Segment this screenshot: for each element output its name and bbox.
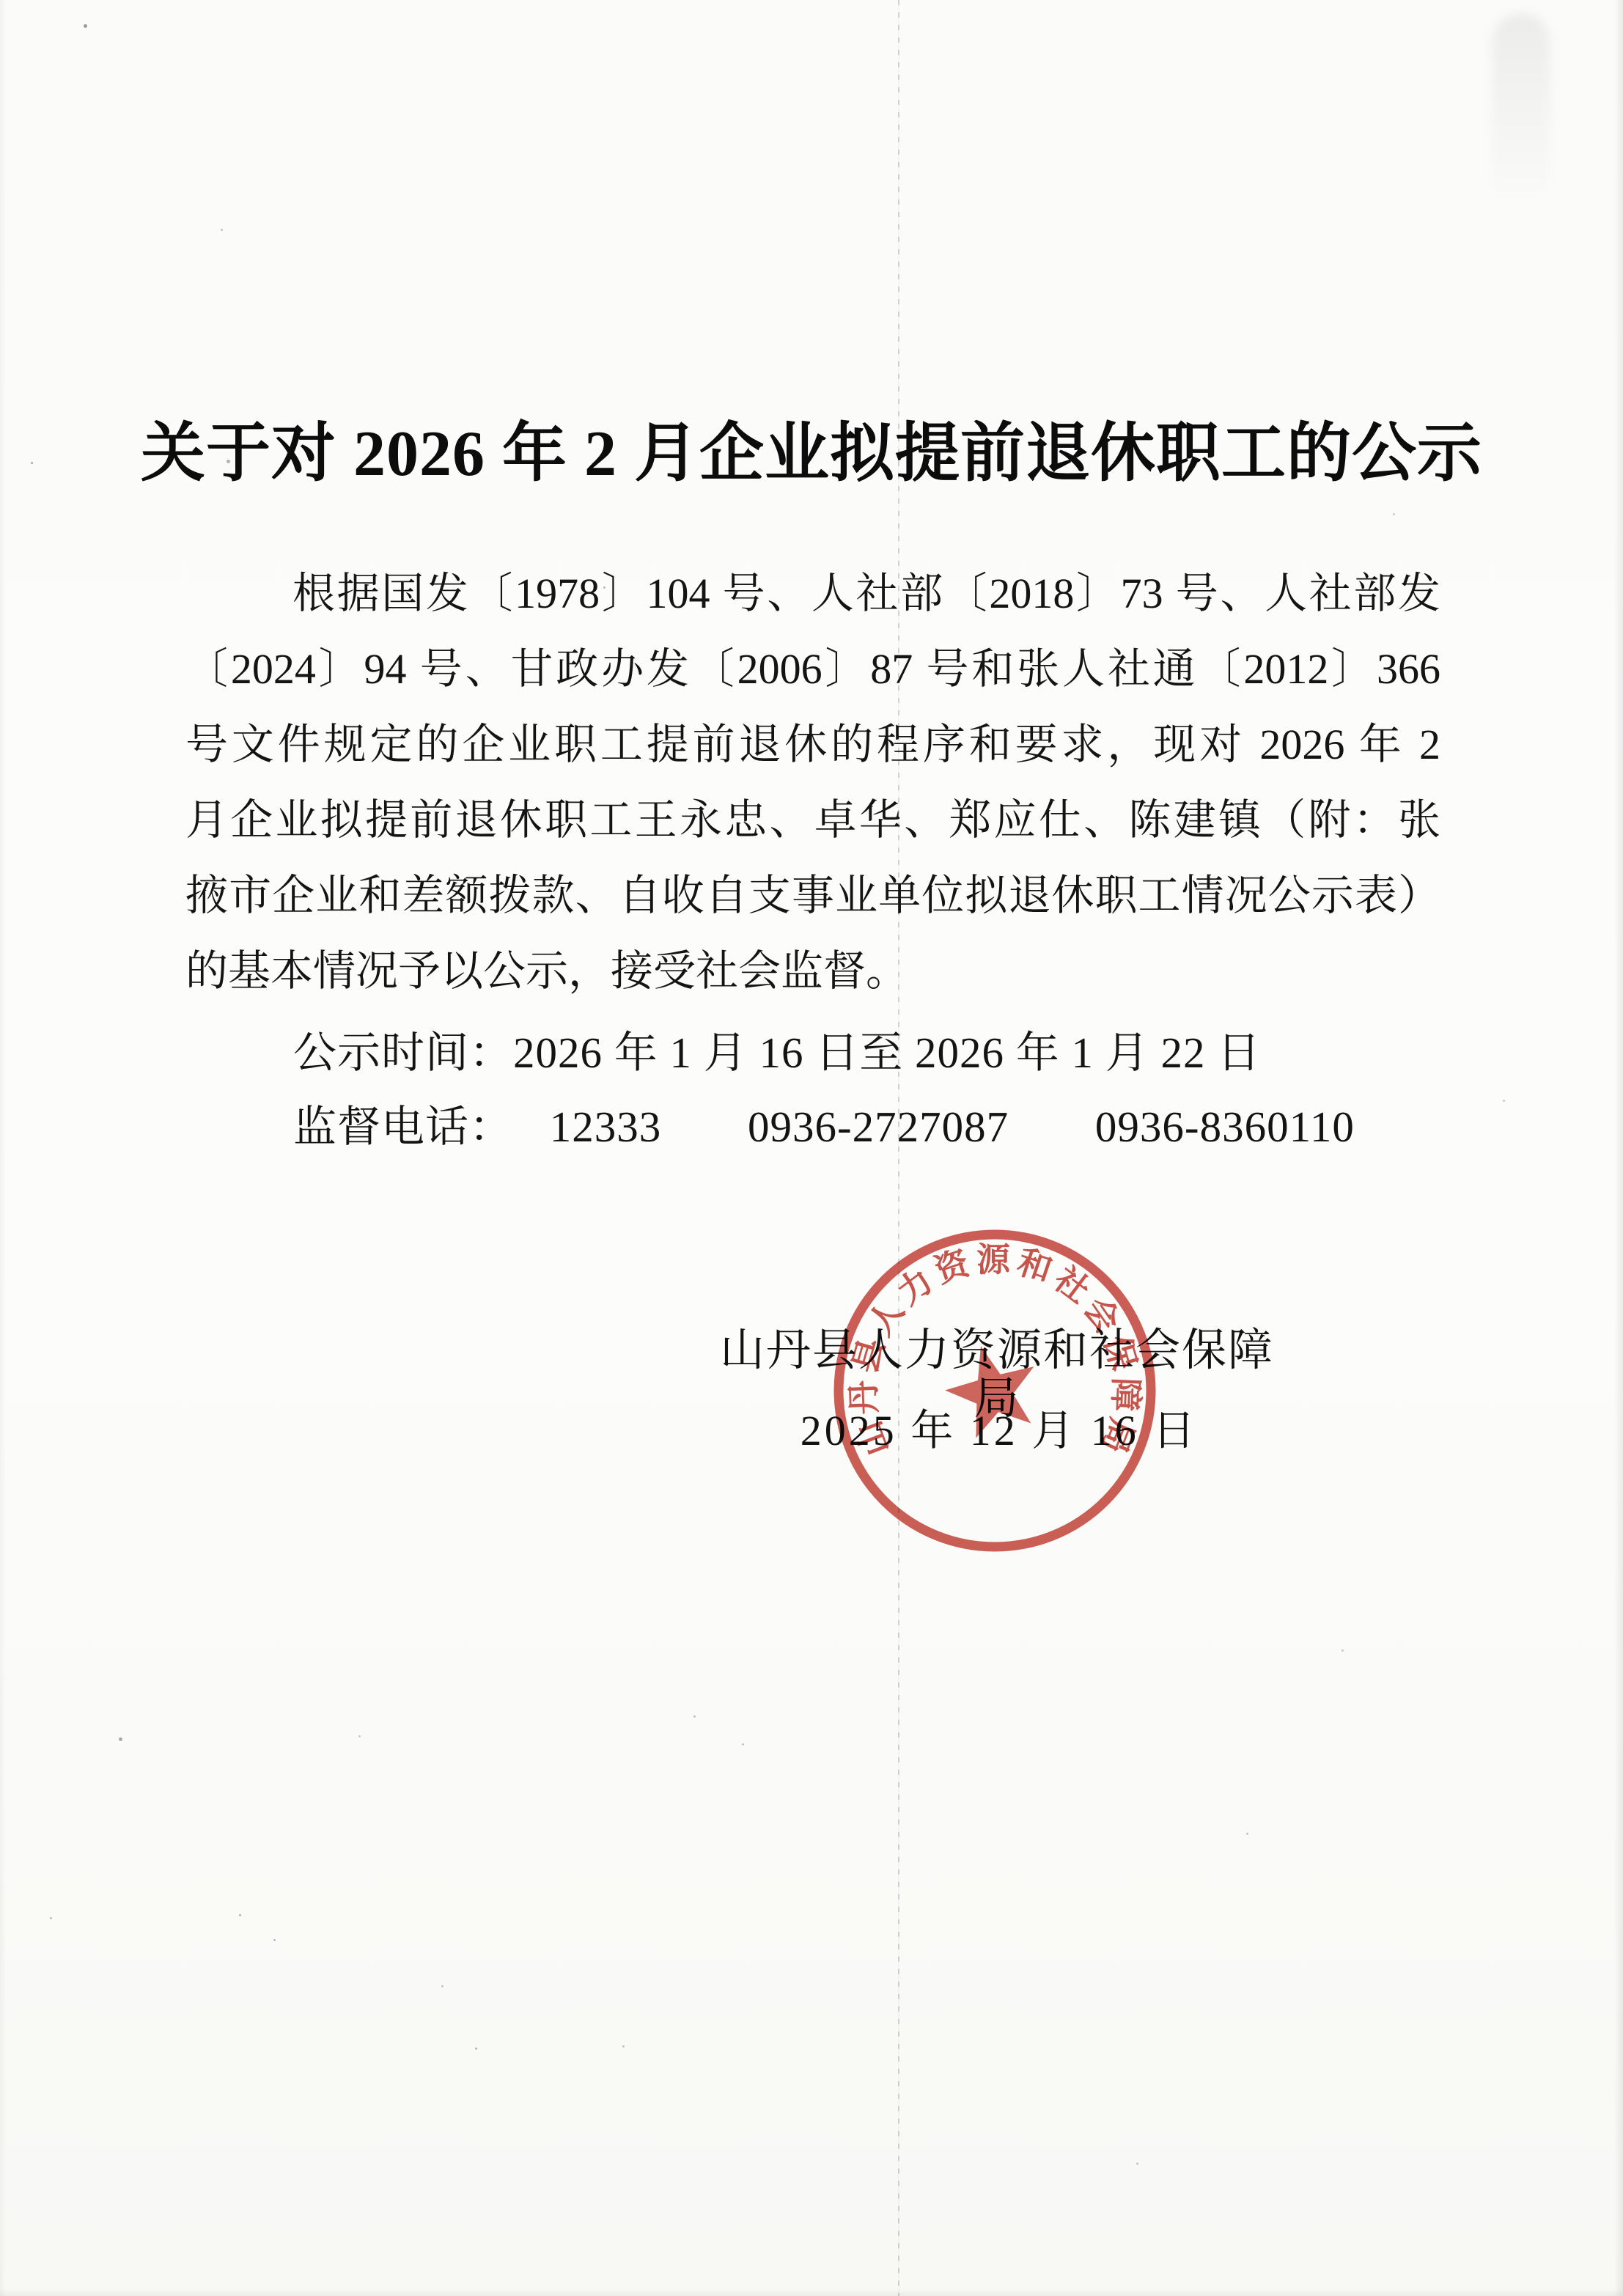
scanned-notice-page: 关于对 2026 年 2 月企业拟提前退休职工的公示 根据国发〔1978〕104…: [0, 0, 1623, 2296]
paragraph-line-4: 月企业拟提前退休职工王永忠、卓华、郑应仕、陈建镇（附：张: [185, 797, 1440, 844]
paragraph-line-6: 的基本情况予以公示，接受社会监督。: [185, 948, 1440, 995]
scan-edge-shadow-left: [0, 0, 6, 2296]
document-title: 关于对 2026 年 2 月企业拟提前退休职工的公示: [0, 402, 1623, 494]
scan-edge-shadow-right: [1614, 0, 1623, 2296]
paper-speckles: [0, 0, 2, 2]
hotline-number-3: 0936-8360110: [1095, 1103, 1355, 1151]
paragraph-line-5: 掖市企业和差额拨款、自收自支事业单位拟退休职工情况公示表）: [185, 872, 1440, 919]
hotline-number-2: 0936-2727087: [748, 1103, 1009, 1151]
scan-corner-streak: [1492, 13, 1550, 211]
signature-date: 2025 年 12 月 16 日: [776, 1408, 1223, 1454]
scan-edge-shadow-bottom: [0, 2289, 1623, 2296]
paragraph-line-2: 〔2024〕94 号、甘政办发〔2006〕87 号和张人社通〔2012〕366: [185, 646, 1440, 693]
paragraph-line-3: 号文件规定的企业职工提前退休的程序和要求，现对 2026 年 2: [185, 721, 1440, 768]
hotline-label: 监督电话：: [293, 1103, 513, 1151]
notice-time-line: 公示时间：2026 年 1 月 16 日至 2026 年 1 月 22 日: [293, 1029, 1261, 1076]
supervision-hotline-line: 监督电话： 12333 0936-2727087 0936-8360110: [293, 1103, 1355, 1150]
paragraph-line-1: 根据国发〔1978〕104 号、人社部〔2018〕73 号、人社部发: [185, 570, 1440, 617]
hotline-number-1: 12333: [550, 1103, 662, 1151]
